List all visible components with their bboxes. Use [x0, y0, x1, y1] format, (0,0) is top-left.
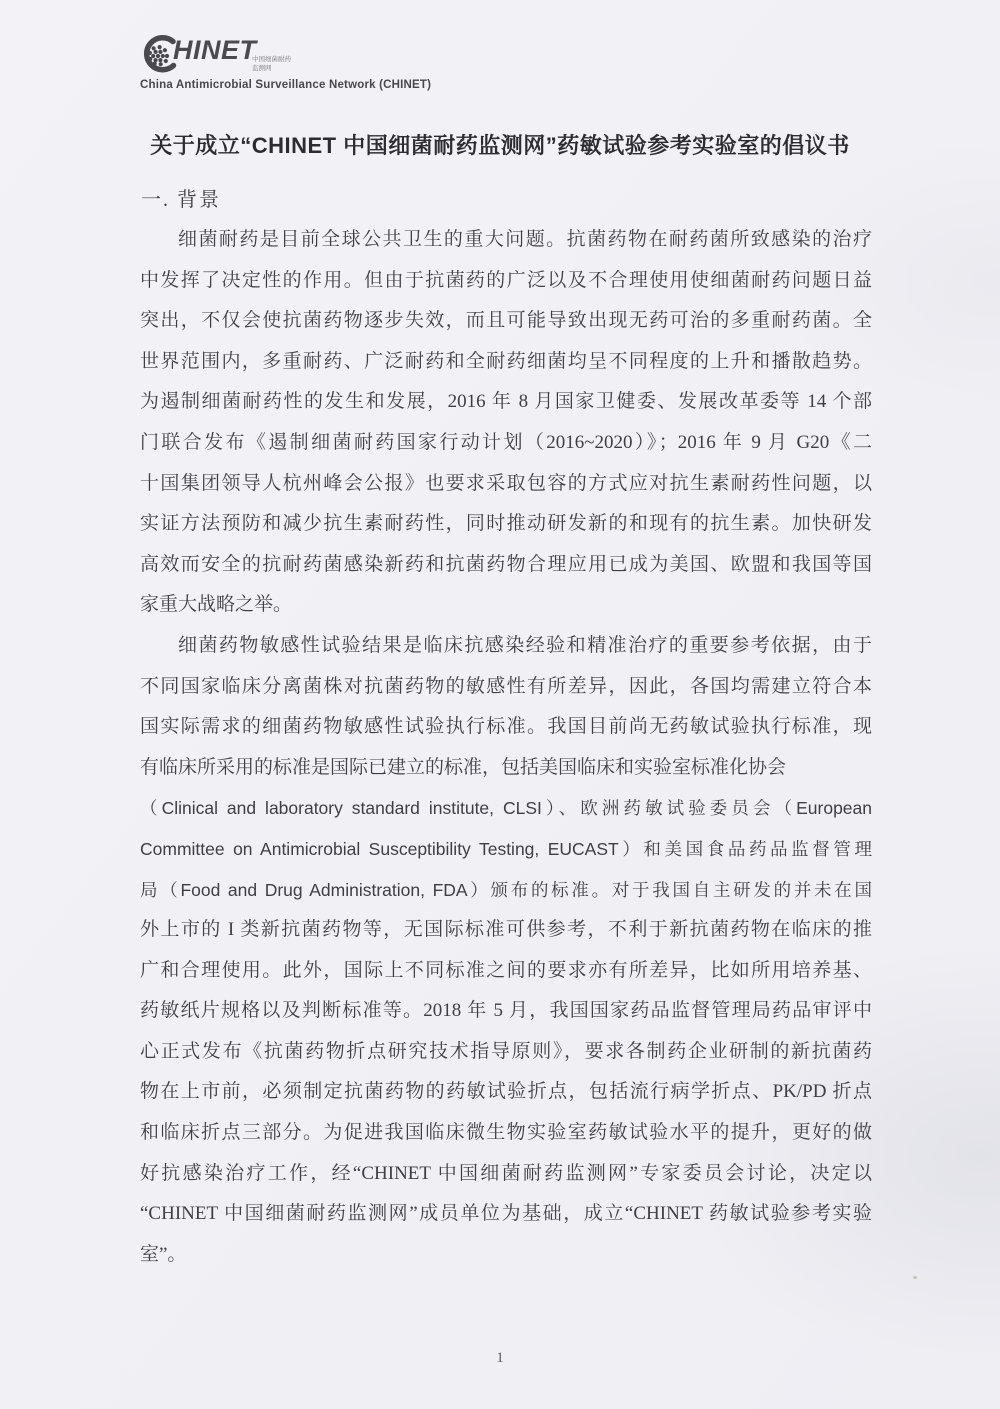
text-line: 十国集团领导人杭州峰会公报》也要求采取包容的方式应对抗生素耐药性问题，以 [140, 464, 872, 505]
section-heading: 一. 背景 [141, 183, 221, 212]
text-line: 广和合理使用。此外，国际上不同标准之间的要求亦有所差异，比如所用培养基、 [140, 951, 872, 992]
logo-brand-text: HINET [173, 37, 257, 64]
logo-caption: 中国细菌耐药 监测网 [252, 56, 291, 74]
text-line: 物在上市前，必须制定抗菌药物的药敏试验折点，包括流行病学折点、PK/PD 折点 [140, 1072, 872, 1113]
text-line: 门联合发布《遏制细菌耐药国家行动计划（2016~2020）》；2016 年 9 … [140, 423, 872, 464]
text-line: 外上市的 I 类新抗菌药物等，无国际标准可供参考，不利于新抗菌药物在临床的推 [140, 910, 872, 951]
text-line: （Clinical and laboratory standard instit… [140, 788, 872, 829]
logo-caption-line1: 中国细菌耐药 [252, 56, 291, 65]
org-name: China Antimicrobial Surveillance Network… [140, 79, 431, 91]
text-line: 突出，不仅会使抗菌药物逐步失效，而且可能导致出现无药可治的多重耐药菌。全 [140, 301, 872, 342]
text-line: “CHINET 中国细菌耐药监测网”成员单位为基础，成立“CHINET 药敏试验… [140, 1194, 872, 1235]
scan-speck [913, 1276, 917, 1279]
scanned-document-page: HINET 中国细菌耐药 监测网 China Antimicrobial Sur… [0, 0, 1000, 1409]
document-body: 细菌耐药是目前全球公共卫生的重大问题。抗菌药物在耐药菌所致感染的治疗中发挥了决定… [140, 220, 872, 1275]
text-line: 高效而安全的抗耐药菌感染新药和抗菌药物合理应用已成为美国、欧盟和我国等国 [140, 545, 872, 586]
text-line: 世界范围内，多重耐药、广泛耐药和全耐药细菌均呈不同程度的上升和播散趋势。 [140, 342, 872, 383]
text-line: 室”。 [140, 1235, 872, 1276]
text-line: 心正式发布《抗菌药物折点研究技术指导原则》，要求各制药企业研制的新抗菌药 [140, 1032, 872, 1073]
logo-row: HINET 中国细菌耐药 监测网 [140, 34, 431, 74]
text-line: 局（Food and Drug Administration, FDA）颁布的标… [140, 870, 872, 911]
text-line: 和临床折点三部分。为促进我国临床微生物实验室药敏试验水平的提升，更好的做 [140, 1113, 872, 1154]
text-line: 家重大战略之举。 [140, 585, 872, 626]
text-line: 国实际需求的细菌药物敏感性试验执行标准。我国目前尚无药敏试验执行标准，现 [140, 707, 872, 748]
text-line: Committee on Antimicrobial Susceptibilit… [140, 829, 872, 870]
chinet-logo: HINET 中国细菌耐药 监测网 China Antimicrobial Sur… [140, 34, 431, 91]
page-number: 1 [0, 1350, 1000, 1367]
text-line: 细菌耐药是目前全球公共卫生的重大问题。抗菌药物在耐药菌所致感染的治疗 [140, 220, 872, 261]
text-line: 药敏纸片规格以及判断标准等。2018 年 5 月，我国国家药品监督管理局药品审评… [140, 991, 872, 1032]
text-line: 不同国家临床分离菌株对抗菌药物的敏感性有所差异，因此，各国均需建立符合本 [140, 667, 872, 708]
logo-caption-line2: 监测网 [252, 65, 291, 74]
text-line: 有临床所采用的标准是国际已建立的标准，包括美国临床和实验室标准化协会 [140, 748, 872, 789]
text-line: 好抗感染治疗工作，经“CHINET 中国细菌耐药监测网”专家委员会讨论，决定以 [140, 1154, 872, 1195]
text-line: 为遏制细菌耐药性的发生和发展，2016 年 8 月国家卫健委、发展改革委等 14… [140, 382, 872, 423]
doc-title: 关于成立“CHINET 中国细菌耐药监测网”药敏试验参考实验室的倡议书 [0, 129, 1000, 160]
text-line: 中发挥了决定性的作用。但由于抗菌药的广泛以及不合理使用使细菌耐药问题日益 [140, 261, 872, 302]
text-line: 细菌药物敏感性试验结果是临床抗感染经验和精准治疗的重要参考依据，由于 [140, 626, 872, 667]
text-line: 实证方法预防和减少抗生素耐药性，同时推动研发新的和现有的抗生素。加快研发 [140, 504, 872, 545]
